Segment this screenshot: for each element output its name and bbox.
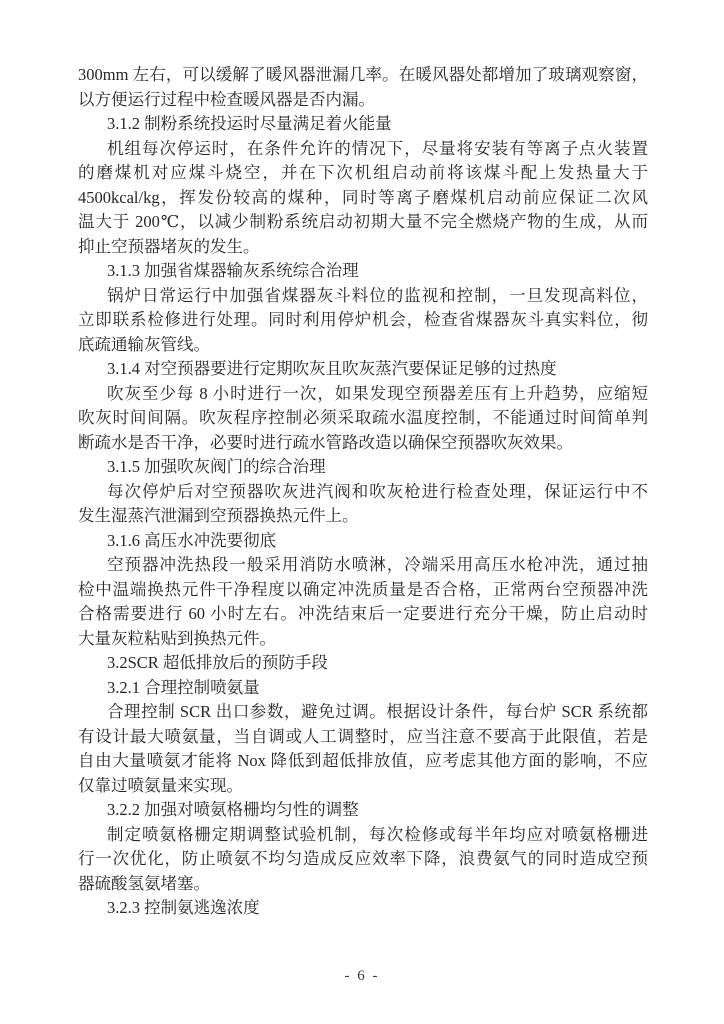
text-line: 器硫酸氢氨堵塞。 [78,872,648,897]
text-line: 立即联系检修进行处理。同时利用停炉机会，检查省煤器灰斗真实料位，彻 [78,308,648,333]
text-line: 抑止空预器堵灰的发生。 [78,235,648,260]
heading-line: 3.2.1 合理控制喷氨量 [78,676,648,701]
text-line: 发生湿蒸汽泄漏到空预器换热元件上。 [78,504,648,529]
heading-line: 3.1.5 加强吹灰阀门的综合治理 [78,455,648,480]
text-line: 底疏通输灰管线。 [78,333,648,358]
text-line: 吹灰时间间隔。吹灰程序控制必须采取疏水温度控制，不能通过时间简单判 [78,406,648,431]
text-line: 检中温端换热元件干净程度以确定冲洗质量是否合格，正常两台空预器冲洗 [78,578,648,603]
text-line: 锅炉日常运行中加强省煤器灰斗料位的监视和控制，一旦发现高料位， [78,284,648,309]
text-line: 自由大量喷氨才能将 Nox 降低到超低排放值，应考虑其他方面的影响，不应 [78,749,648,774]
heading-line: 3.2.3 控制氨逃逸浓度 [78,896,648,921]
text-line: 300mm 左右，可以缓解了暖风器泄漏几率。在暖风器处都增加了玻璃观察窗， [78,63,648,88]
text-line: 行一次优化，防止喷氨不均匀造成反应效率下降，浪费氨气的同时造成空预 [78,847,648,872]
heading-line: 3.1.6 高压水冲洗要彻底 [78,529,648,554]
text-line: 制定喷氨格栅定期调整试验机制，每次检修或每半年均应对喷氨格栅进 [78,823,648,848]
text-line: 吹灰至少每 8 小时进行一次，如果发现空预器差压有上升趋势，应缩短 [78,382,648,407]
text-line: 大量灰粒粘贴到换热元件。 [78,627,648,652]
text-line: 合格需要进行 60 小时左右。冲洗结束后一定要进行充分干燥，防止启动时 [78,602,648,627]
document-body: 300mm 左右，可以缓解了暖风器泄漏几率。在暖风器处都增加了玻璃观察窗，以方便… [78,63,648,921]
text-line: 温大于 200℃，以减少制粉系统启动初期大量不完全燃烧产物的生成，从而 [78,210,648,235]
text-line: 的磨煤机对应煤斗烧空，并在下次机组启动前将该煤斗配上发热量大于 [78,161,648,186]
text-line: 仅靠过喷氨量来实现。 [78,774,648,799]
document-page: 300mm 左右，可以缓解了暖风器泄漏几率。在暖风器处都增加了玻璃观察窗，以方便… [0,0,724,1024]
heading-line: 3.1.3 加强省煤器输灰系统综合治理 [78,259,648,284]
heading-line: 3.2SCR 超低排放后的预防手段 [78,651,648,676]
text-line: 机组每次停运时，在条件允许的情况下，尽量将安装有等离子点火装置 [78,137,648,162]
text-line: 4500kcal/kg，挥发份较高的煤种，同时等离子磨煤机启动前应保证二次风 [78,186,648,211]
heading-line: 3.1.2 制粉系统投运时尽量满足着火能量 [78,112,648,137]
text-line: 合理控制 SCR 出口参数，避免过调。根据设计条件，每台炉 SCR 系统都 [78,700,648,725]
heading-line: 3.1.4 对空预器要进行定期吹灰且吹灰蒸汽要保证足够的过热度 [78,357,648,382]
text-line: 有设计最大喷氨量，当自调或人工调整时，应当注意不要高于此限值，若是 [78,725,648,750]
text-line: 断疏水是否干净，必要时进行疏水管路改造以确保空预器吹灰效果。 [78,431,648,456]
text-line: 以方便运行过程中检查暖风器是否内漏。 [78,88,648,113]
text-line: 每次停炉后对空预器吹灰进汽阀和吹灰枪进行检查处理，保证运行中不 [78,480,648,505]
heading-line: 3.2.2 加强对喷氨格栅均匀性的调整 [78,798,648,823]
text-line: 空预器冲洗热段一般采用消防水喷淋，冷端采用高压水枪冲洗，通过抽 [78,553,648,578]
page-number: - 6 - [0,966,724,986]
